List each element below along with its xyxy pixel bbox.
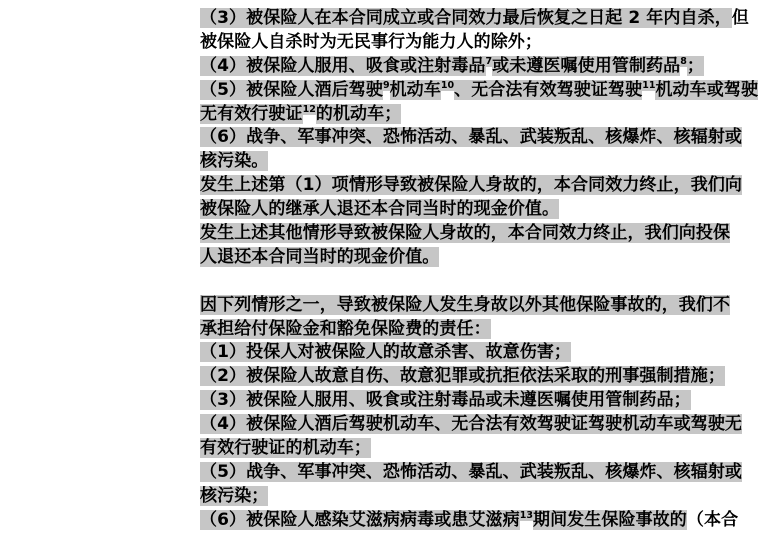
text-line: （4）被保险人服用、吸食或注射毒品7或未遵医嘱使用管制药品8； (200, 55, 760, 79)
text-line: （6）战争、军事冲突、恐怖活动、暴乱、武装叛乱、核爆炸、核辐射或 (200, 126, 760, 150)
text-line: （4）被保险人酒后驾驶机动车、无合法有效驾驶证驾驶机动车或驾驶无 (200, 413, 760, 437)
highlighted-text: （3）被保险人服用、吸食或注射毒品或未遵医嘱使用管制药品； (200, 390, 691, 410)
highlighted-text: （3）被保险人在本合同成立或合同效力最后恢复之日起 2 年内自杀， (200, 8, 732, 28)
footnote-ref: 11 (642, 80, 655, 91)
text-line: （6）被保险人感染艾滋病病毒或患艾滋病13期间发生保险事故的（本合 (200, 509, 760, 533)
footnote-ref: 8 (680, 56, 687, 67)
text-line: （2）被保险人故意自伤、故意犯罪或抗拒依法采取的刑事强制措施； (200, 365, 760, 389)
text-line: （3）被保险人服用、吸食或注射毒品或未遵医嘱使用管制药品； (200, 389, 760, 413)
highlighted-text: （2）被保险人故意自伤、故意犯罪或抗拒依法采取的刑事强制措施； (200, 366, 725, 386)
text-line: （5）被保险人酒后驾驶9机动车10、无合法有效驾驶证驾驶11机动车或驾驶 (200, 79, 760, 103)
highlighted-text: （1）投保人对被保险人的故意杀害、故意伤害； (200, 342, 571, 362)
highlighted-text: 机动车或驾驶 (655, 80, 758, 100)
plain-text: 但 (732, 8, 749, 28)
text-line: 核污染； (200, 485, 760, 509)
document-page: （3）被保险人在本合同成立或合同效力最后恢复之日起 2 年内自杀，但被保险人自杀… (0, 0, 777, 536)
text-line: 发生上述第（1）项情形导致被保险人身故的，本合同效力终止，我们向 (200, 174, 760, 198)
highlighted-text: ； (687, 56, 704, 76)
highlighted-text: 因下列情形之一，导致被保险人发生身故以外其他保险事故的，我们不 (200, 295, 730, 315)
footnote-ref: 10 (441, 80, 454, 91)
document-lines: （3）被保险人在本合同成立或合同效力最后恢复之日起 2 年内自杀，但被保险人自杀… (200, 7, 760, 533)
highlighted-text: （6）被保险人感染艾滋病病毒或患艾滋病 (200, 510, 520, 530)
highlighted-text: 人退还本合同当时的现金价值。 (200, 247, 439, 267)
footnote-ref: 13 (520, 510, 533, 521)
blank-line (200, 270, 760, 294)
text-line: 被保险人自杀时为无民事行为能力人的除外； (200, 31, 760, 55)
text-line: （5）战争、军事冲突、恐怖活动、暴乱、武装叛乱、核爆炸、核辐射或 (200, 461, 760, 485)
highlighted-text: 核污染； (200, 486, 268, 506)
highlighted-text: 核污染。 (200, 151, 268, 171)
highlighted-text: 承担给付保险金和豁免保险费的责任： (200, 319, 491, 339)
text-line: 无有效行驶证12的机动车； (200, 103, 760, 127)
text-line: （1）投保人对被保险人的故意杀害、故意伤害； (200, 341, 760, 365)
text-line: 被保险人的继承人退还本合同当时的现金价值。 (200, 198, 760, 222)
highlighted-text: 、无合法有效驾驶证驾驶 (454, 80, 642, 100)
highlighted-text: （4）被保险人服用、吸食或注射毒品 (200, 56, 486, 76)
highlighted-text: 无有效行驶证 (200, 104, 303, 124)
text-line: 因下列情形之一，导致被保险人发生身故以外其他保险事故的，我们不 (200, 294, 760, 318)
text-line: 人退还本合同当时的现金价值。 (200, 246, 760, 270)
footnote-ref: 9 (383, 80, 390, 91)
text-line: 有效行驶证的机动车； (200, 437, 760, 461)
highlighted-text: 发生上述其他情形导致被保险人身故的，本合同效力终止，我们向投保 (200, 223, 730, 243)
footnote-ref: 12 (303, 104, 316, 115)
plain-text: （本合 (687, 510, 738, 530)
text-line: 核污染。 (200, 150, 760, 174)
highlighted-text: 机动车 (390, 80, 441, 100)
highlighted-text: 或未遵医嘱使用管制药品 (492, 56, 680, 76)
text-line: 发生上述其他情形导致被保险人身故的，本合同效力终止，我们向投保 (200, 222, 760, 246)
highlighted-text: （5）战争、军事冲突、恐怖活动、暴乱、武装叛乱、核爆炸、核辐射或 (200, 462, 742, 482)
highlighted-text: （6）战争、军事冲突、恐怖活动、暴乱、武装叛乱、核爆炸、核辐射或 (200, 127, 742, 147)
highlighted-text: 被保险人的继承人退还本合同当时的现金价值。 (200, 199, 559, 219)
text-line: 承担给付保险金和豁免保险费的责任： (200, 318, 760, 342)
highlighted-text: 期间发生保险事故的 (533, 510, 687, 530)
highlighted-text: （4）被保险人酒后驾驶机动车、无合法有效驾驶证驾驶机动车或驾驶无 (200, 414, 742, 434)
text-line: （3）被保险人在本合同成立或合同效力最后恢复之日起 2 年内自杀，但 (200, 7, 760, 31)
highlighted-text: 有效行驶证的机动车； (200, 438, 371, 458)
highlighted-text: 的机动车； (316, 104, 402, 124)
plain-text: 被保险人自杀时为无民事行为能力人的除外； (200, 32, 542, 52)
highlighted-text: 发生上述第（1）项情形导致被保险人身故的，本合同效力终止，我们向 (200, 175, 742, 195)
highlighted-text: （5）被保险人酒后驾驶 (200, 80, 383, 100)
